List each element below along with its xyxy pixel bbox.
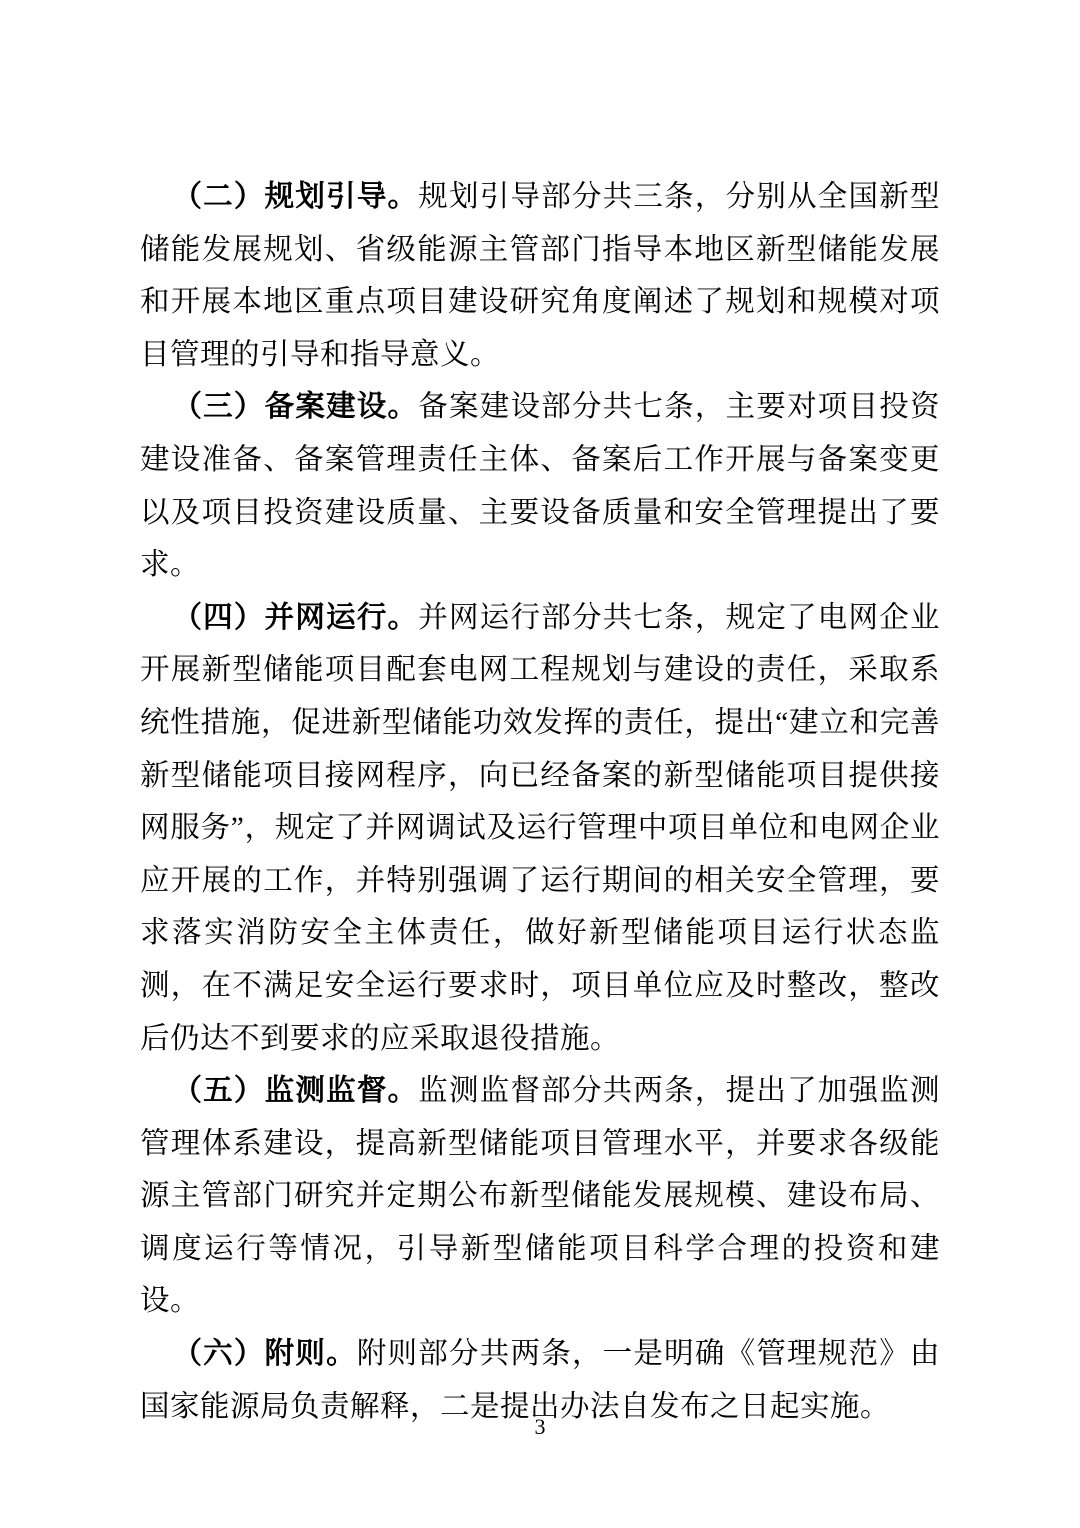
- paragraph-section-2: （二）规划引导。规划引导部分共三条，分别从全国新型储能发展规划、省级能源主管部门…: [140, 171, 940, 381]
- document-body: （二）规划引导。规划引导部分共三条，分别从全国新型储能发展规划、省级能源主管部门…: [140, 171, 940, 1433]
- paragraph-section-3-heading: （三）备案建设。: [172, 391, 418, 423]
- paragraph-section-2-heading: （二）规划引导。: [172, 181, 418, 213]
- paragraph-section-5-text: 监测监督部分共两条，提出了加强监测管理体系建设，提高新型储能项目管理水平，并要求…: [140, 1075, 940, 1317]
- paragraph-section-4-text: 并网运行部分共七条，规定了电网企业开展新型储能项目配套电网工程规划与建设的责任，…: [140, 602, 940, 1055]
- paragraph-section-4: （四）并网运行。并网运行部分共七条，规定了电网企业开展新型储能项目配套电网工程规…: [140, 592, 940, 1065]
- page-number: 3: [0, 1412, 1080, 1442]
- document-page: （二）规划引导。规划引导部分共三条，分别从全国新型储能发展规划、省级能源主管部门…: [0, 0, 1080, 1528]
- paragraph-section-6-heading: （六）附则。: [172, 1338, 356, 1370]
- paragraph-section-5-heading: （五）监测监督。: [172, 1075, 418, 1107]
- paragraph-section-4-heading: （四）并网运行。: [172, 602, 418, 634]
- paragraph-section-5: （五）监测监督。监测监督部分共两条，提出了加强监测管理体系建设，提高新型储能项目…: [140, 1065, 940, 1328]
- paragraph-section-3: （三）备案建设。备案建设部分共七条，主要对项目投资建设准备、备案管理责任主体、备…: [140, 381, 940, 591]
